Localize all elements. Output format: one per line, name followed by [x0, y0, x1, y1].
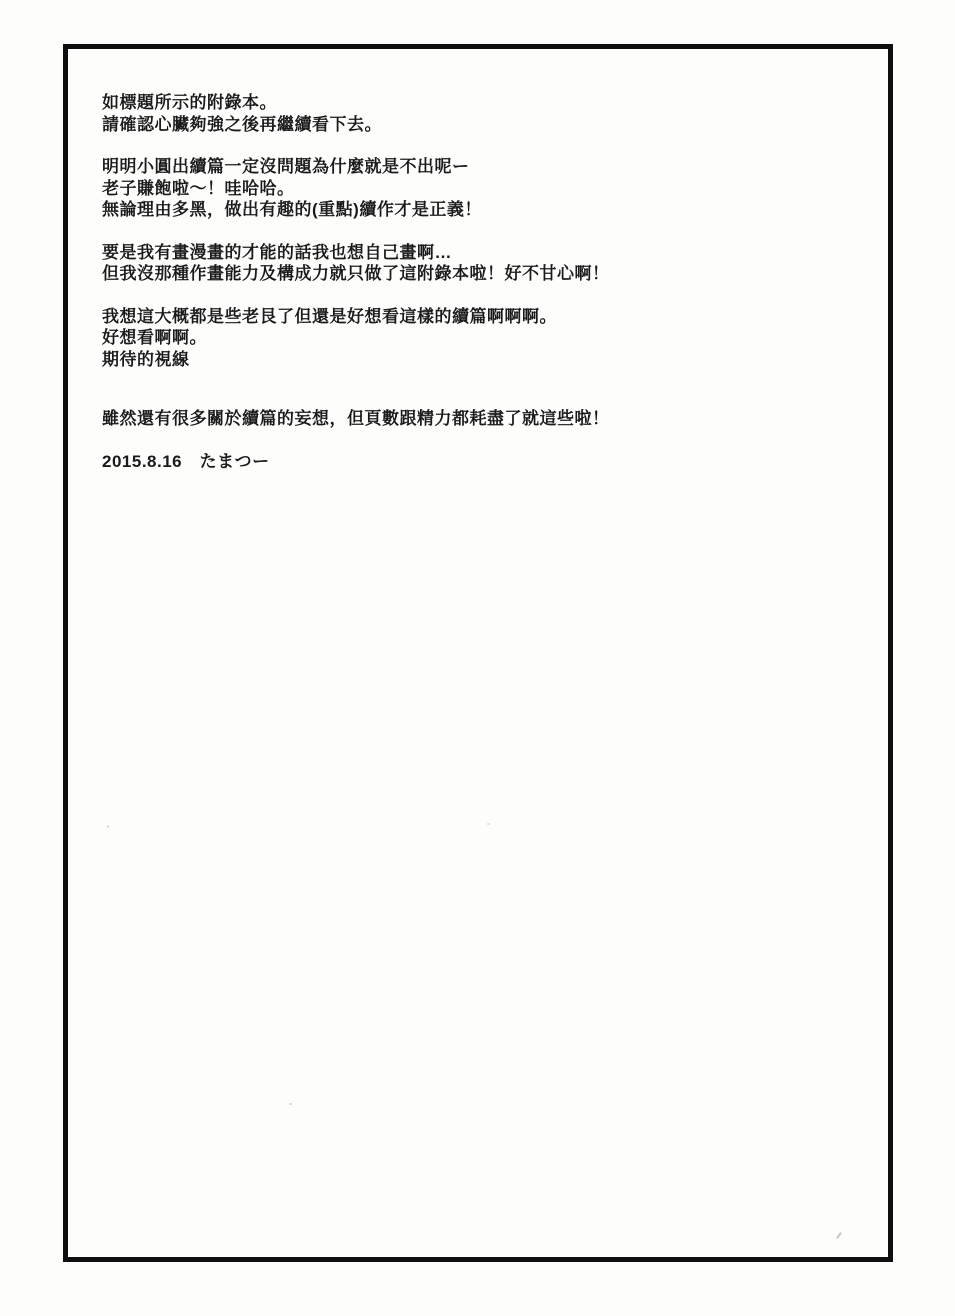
- date-and-author: 2015.8.16 たまつー: [102, 451, 802, 473]
- scanned-page: { "page": { "background_color": "#fdfdfc…: [0, 0, 955, 1316]
- scan-speck: [487, 823, 490, 825]
- scan-speck: [289, 1103, 292, 1105]
- text-line: 如標題所示的附錄本。: [102, 92, 802, 114]
- text-line: 請確認心臟夠強之後再繼續看下去。: [102, 114, 802, 136]
- text-line: 我想這大概都是些老艮了但還是好想看這樣的續篇啊啊啊。: [102, 306, 802, 328]
- paragraph-sequel-rant: 明明小圓出續篇一定沒問題為什麼就是不出呢ー 老子賺飽啦～！哇哈哈。 無論理由多黑…: [102, 156, 802, 221]
- text-line: 無論理由多黑，做出有趣的(重點)續作才是正義！: [102, 199, 802, 221]
- text-line: 但我沒那種作畫能力及構成力就只做了這附錄本啦！好不甘心啊！: [102, 263, 802, 285]
- text-line: 要是我有畫漫畫的才能的話我也想自己畫啊…: [102, 242, 802, 264]
- scan-speck: [107, 825, 109, 828]
- paragraph-closing: 雖然還有很多關於續篇的妄想，但頁數跟精力都耗盡了就這些啦！: [102, 408, 802, 430]
- paragraph-intro: 如標題所示的附錄本。 請確認心臟夠強之後再繼續看下去。: [102, 92, 802, 135]
- text-line: 好想看啊啊。: [102, 327, 802, 349]
- date-signature-line: 2015.8.16 たまつー: [102, 451, 802, 473]
- text-line: 明明小圓出續篇一定沒問題為什麼就是不出呢ー: [102, 156, 802, 178]
- paragraph-wish: 我想這大概都是些老艮了但還是好想看這樣的續篇啊啊啊。 好想看啊啊。 期待的視線: [102, 306, 802, 371]
- text-line: 期待的視線: [102, 349, 802, 371]
- text-line: 老子賺飽啦～！哇哈哈。: [102, 178, 802, 200]
- text-line: 雖然還有很多關於續篇的妄想，但頁數跟精力都耗盡了就這些啦！: [102, 408, 802, 430]
- afterword-text-block: 如標題所示的附錄本。 請確認心臟夠強之後再繼續看下去。 明明小圓出續篇一定沒問題…: [102, 92, 802, 493]
- paragraph-drawing-skill: 要是我有畫漫畫的才能的話我也想自己畫啊… 但我沒那種作畫能力及構成力就只做了這附…: [102, 242, 802, 285]
